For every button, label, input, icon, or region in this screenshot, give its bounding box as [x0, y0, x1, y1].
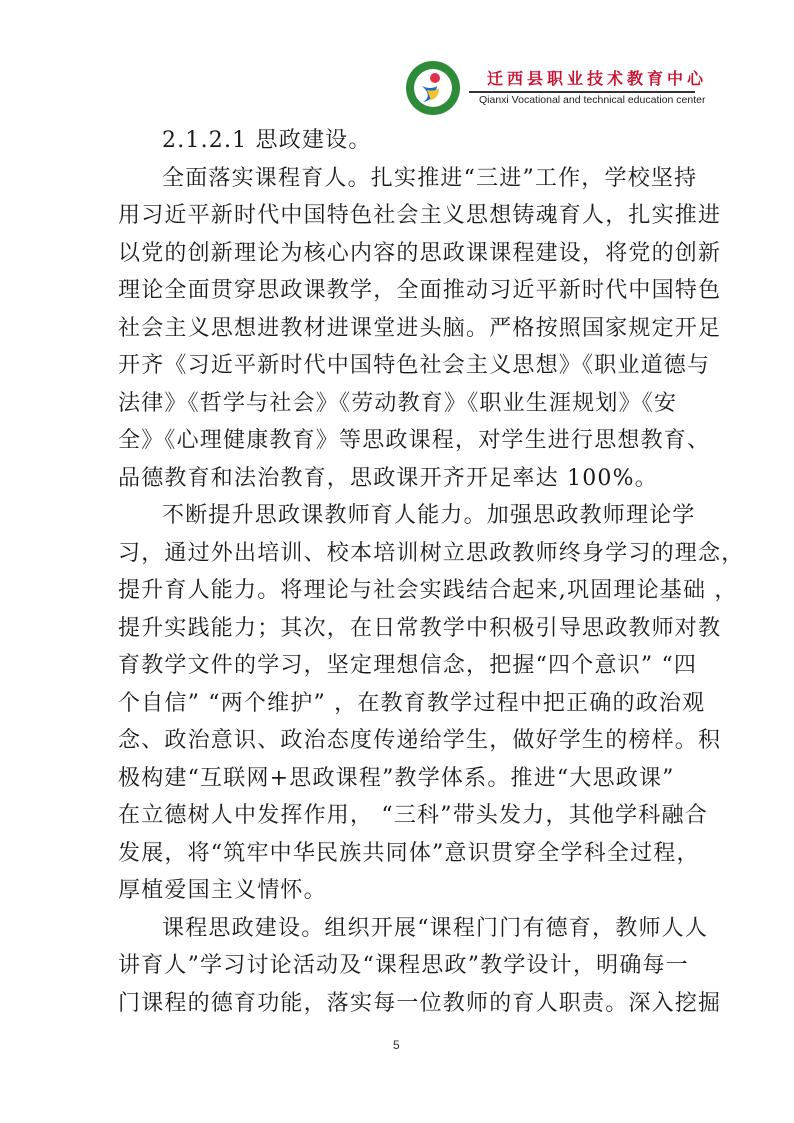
text-line: 厚植爱国主义情怀。 [118, 872, 678, 910]
text-line: 品德教育和法治教育，思政课开齐开足率达 100%。 [118, 460, 678, 498]
text-line: 门课程的德育功能，落实每一位教师的育人职责。深入挖掘 [118, 985, 678, 1023]
text-line: 提升育人能力。将理论与社会实践结合起来,巩固理论基础 ， [118, 572, 678, 610]
section-heading: 2.1.2.1 思政建设。 [118, 122, 678, 160]
text-line: 在立德树人中发挥作用， “三科”带头发力，其他学科融合 [118, 797, 678, 835]
text-line: 社会主义思想进教材进课堂进头脑。严格按照国家规定开足 [118, 310, 678, 348]
header-title-en: Qianxi Vocational and technical educatio… [479, 94, 705, 106]
text-line: 法律》《哲学与社会》《劳动教育》《职业生涯规划》《安 [118, 385, 678, 423]
text-line: 发展，将“筑牢中华民族共同体”意识贯穿全学科全过程， [118, 835, 678, 873]
header-divider [469, 91, 695, 93]
text-line: 提升实践能力；其次，在日常教学中积极引导思政教师对教 [118, 610, 678, 648]
text-line: 课程思政建设。组织开展“课程门门有德育，教师人人 [118, 910, 678, 948]
text-line: 用习近平新时代中国特色社会主义思想铸魂育人，扎实推进 [118, 197, 678, 235]
text-line: 全面落实课程育人。扎实推进“三进”工作，学校坚持 [118, 160, 678, 198]
text-line: 念、政治意识、政治态度传递给学生，做好学生的榜样。积 [118, 722, 678, 760]
header-title-cn: 迁西县职业技术教育中心 [487, 66, 707, 89]
paragraph-lines: 全面落实课程育人。扎实推进“三进”工作，学校坚持用习近平新时代中国特色社会主义思… [118, 160, 678, 1023]
text-line: 全》《心理健康教育》等思政课程，对学生进行思想教育、 [118, 422, 678, 460]
text-line: 极构建“互联网+思政课程”教学体系。推进“大思政课” [118, 760, 678, 798]
text-line: 理论全面贯穿思政课教学，全面推动习近平新时代中国特色 [118, 272, 678, 310]
page-number: 5 [393, 1038, 400, 1052]
text-line: 习，通过外出培训、校本培训树立思政教师终身学习的理念， [118, 535, 678, 573]
text-line: 个自信” “两个维护” ，在教育教学过程中把正确的政治观 [118, 685, 678, 723]
text-line: 讲育人”学习讨论活动及“课程思政”教学设计，明确每一 [118, 947, 678, 985]
text-line: 以党的创新理论为核心内容的思政课课程建设，将党的创新 [118, 235, 678, 273]
school-emblem-icon [405, 60, 461, 116]
text-line: 开齐《习近平新时代中国特色社会主义思想》《职业道德与 [118, 347, 678, 385]
document-body: 2.1.2.1 思政建设。 全面落实课程育人。扎实推进“三进”工作，学校坚持用习… [118, 122, 678, 1022]
text-line: 育教学文件的学习，坚定理想信念，把握“四个意识” “四 [118, 647, 678, 685]
text-line: 不断提升思政课教师育人能力。加强思政教师理论学 [118, 497, 678, 535]
page-header: 迁西县职业技术教育中心 Qianxi Vocational and techni… [405, 58, 695, 116]
